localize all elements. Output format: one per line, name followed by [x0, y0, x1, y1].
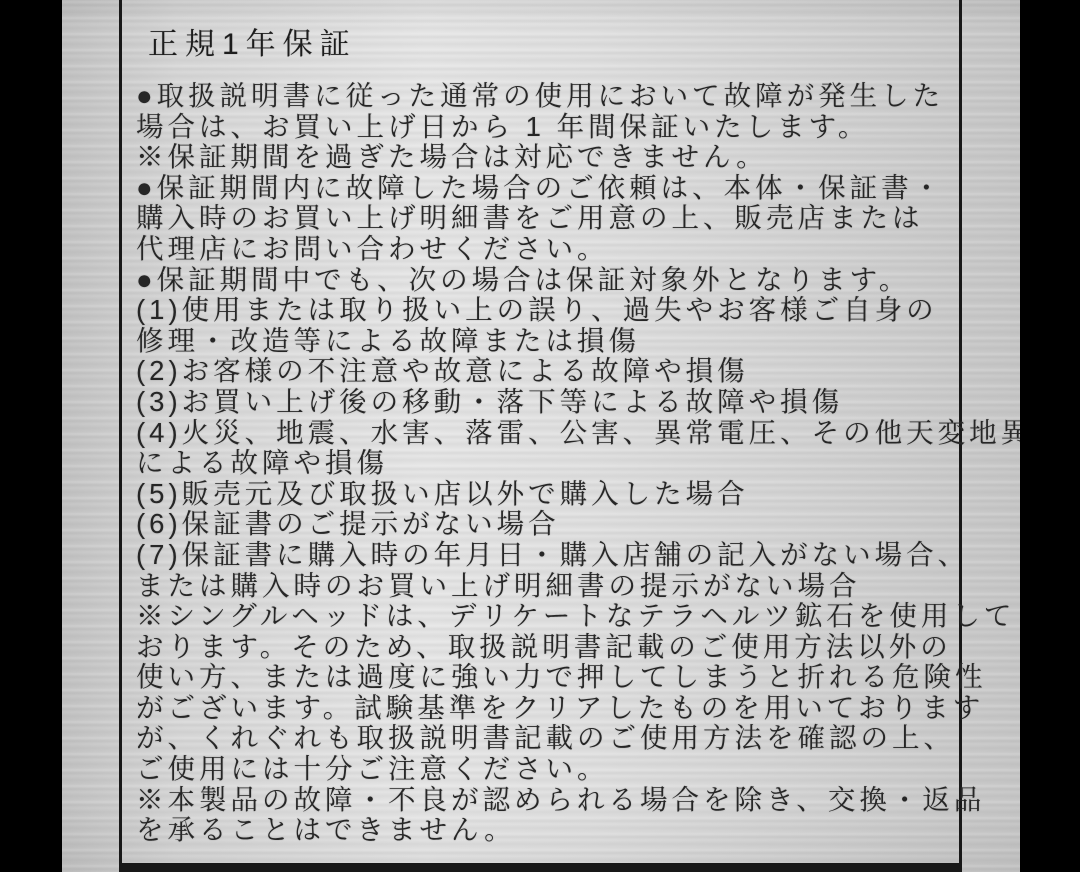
warranty-text-line: (4)火災、地震、水害、落雷、公害、異常電圧、その他天変地異 [136, 418, 947, 449]
warranty-text-line: (3)お買い上げ後の移動・落下等による故障や損傷 [136, 387, 947, 418]
warranty-text-line: ご使用には十分ご注意ください。 [136, 754, 947, 785]
warranty-text-line: (6)保証書のご提示がない場合 [136, 509, 947, 540]
warranty-text-line: (2)お客様の不注意や故意による故障や損傷 [136, 356, 947, 387]
warranty-text-line: 使い方、または過度に強い力で押してしまうと折れる危険性 [136, 662, 947, 693]
warranty-text-line: を承ることはできません。 [136, 815, 947, 846]
black-bar-left [0, 0, 62, 872]
warranty-text-line: による故障や損傷 [136, 448, 947, 479]
warranty-frame: 正規1年保証 ●取扱説明書に従った通常の使用において故障が発生した場合は、お買い… [119, 0, 962, 872]
warranty-text-line: ※シングルヘッドは、デリケートなテラヘルツ鉱石を使用して [136, 601, 947, 632]
warranty-text-line: (7)保証書に購入時の年月日・購入店舗の記入がない場合、 [136, 540, 947, 571]
warranty-text-line: がございます。試験基準をクリアしたものを用いております [136, 693, 947, 724]
warranty-content: 正規1年保証 ●取扱説明書に従った通常の使用において故障が発生した場合は、お買い… [122, 0, 959, 846]
warranty-text-line: ※本製品の故障・不良が認められる場合を除き、交換・返品 [136, 785, 947, 816]
warranty-text-line: おります。そのため、取扱説明書記載のご使用方法以外の [136, 632, 947, 663]
warranty-text-line: 購入時のお買い上げ明細書をご用意の上、販売店または [136, 203, 947, 234]
warranty-text-line: が、くれぐれも取扱説明書記載のご使用方法を確認の上、 [136, 723, 947, 754]
warranty-text-line: ●保証期間中でも、次の場合は保証対象外となります。 [136, 265, 947, 296]
black-bar-right [1020, 0, 1080, 872]
warranty-text-line: ●保証期間内に故障した場合のご依頼は、本体・保証書・ [136, 173, 947, 204]
warranty-text-line: ※保証期間を過ぎた場合は対応できません。 [136, 142, 947, 173]
warranty-plaque-photo: 正規1年保証 ●取扱説明書に従った通常の使用において故障が発生した場合は、お買い… [0, 0, 1080, 872]
warranty-text-line: (5)販売元及び取扱い店以外で購入した場合 [136, 479, 947, 510]
metal-plate: 正規1年保証 ●取扱説明書に従った通常の使用において故障が発生した場合は、お買い… [62, 0, 1020, 872]
warranty-text-line: 修理・改造等による故障または損傷 [136, 326, 947, 357]
warranty-title: 正規1年保証 [148, 28, 947, 62]
warranty-text-line: または購入時のお買い上げ明細書の提示がない場合 [136, 571, 947, 602]
warranty-text-line: 場合は、お買い上げ日から 1 年間保証いたします。 [136, 112, 947, 143]
warranty-text: ●取扱説明書に従った通常の使用において故障が発生した場合は、お買い上げ日から 1… [136, 81, 947, 846]
warranty-text-line: 代理店にお問い合わせください。 [136, 234, 947, 265]
warranty-text-line: (1)使用または取り扱い上の誤り、過失やお客様ご自身の [136, 295, 947, 326]
warranty-text-line: ●取扱説明書に従った通常の使用において故障が発生した [136, 81, 947, 112]
